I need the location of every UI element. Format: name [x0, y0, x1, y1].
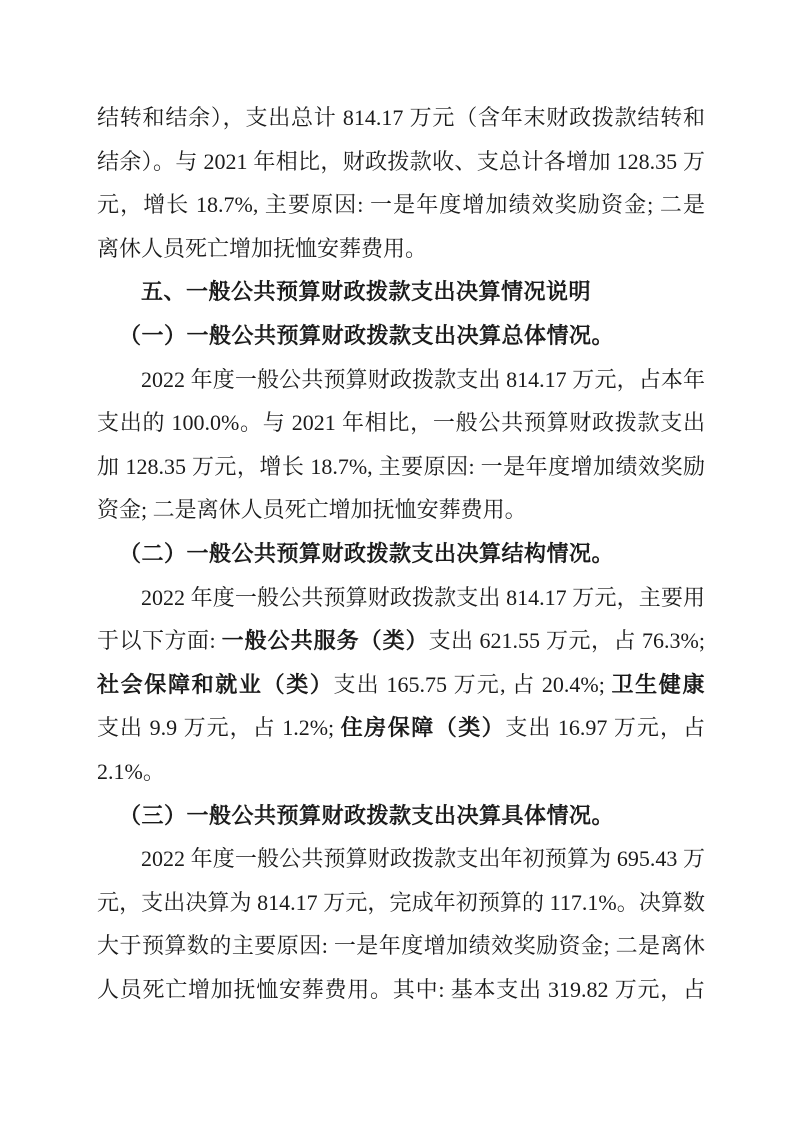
body-line: 社会保障和就业（类）支出 165.75 万元, 占 20.4%; 卫生健康（类）	[97, 663, 705, 707]
body-line: 大于预算数的主要原因: 一是年度增加绩效奖励资金; 二是离休	[97, 924, 705, 968]
bold-text-segment: （一）一般公共预算财政拨款支出决算总体情况。	[119, 323, 614, 348]
body-line: 元，支出决算为 814.17 万元，完成年初预算的 117.1%。决算数	[97, 881, 705, 925]
document-page: 结转和结余），支出总计 814.17 万元（含年末财政拨款结转和结余）。与 20…	[0, 0, 793, 1122]
bold-text-segment: 五、一般公共预算财政拨款支出决算情况说明	[141, 279, 591, 304]
body-line: 2022 年度一般公共预算财政拨款支出 814.17 万元，主要用	[97, 576, 705, 620]
text-segment: 支出 16.97 万元，占	[505, 715, 705, 740]
bold-text-segment: 一般公共服务（类）	[222, 628, 429, 653]
body-line: 结余）。与 2021 年相比，财政拨款收、支总计各增加 128.35 万	[97, 140, 705, 184]
subsection-heading-1: （一）一般公共预算财政拨款支出决算总体情况。	[97, 314, 705, 358]
bold-text-segment: （二）一般公共预算财政拨款支出决算结构情况。	[119, 541, 614, 566]
body-line: 2022 年度一般公共预算财政拨款支出年初预算为 695.43 万	[97, 837, 705, 881]
text-segment: 2.1%。	[97, 759, 165, 784]
text-segment: 支出的 100.0%。与 2021 年相比，一般公共预算财政拨款支出增	[97, 410, 705, 445]
text-segment: 加 128.35 万元，增长 18.7%, 主要原因: 一是年度增加绩效奖励	[97, 454, 705, 479]
subsection-heading-2: （二）一般公共预算财政拨款支出决算结构情况。	[97, 532, 705, 576]
bold-text-segment: （三）一般公共预算财政拨款支出决算具体情况。	[119, 803, 614, 828]
text-segment: 人员死亡增加抚恤安葬费用。其中: 基本支出 319.82 万元，占	[97, 977, 705, 1002]
text-segment: 2022 年度一般公共预算财政拨款支出 814.17 万元，主要用	[141, 585, 705, 610]
subsection-heading-3: （三）一般公共预算财政拨款支出决算具体情况。	[97, 794, 705, 838]
body-line: 2.1%。	[97, 750, 705, 794]
body-line: 支出的 100.0%。与 2021 年相比，一般公共预算财政拨款支出增	[97, 401, 705, 445]
body-line: 资金; 二是离休人员死亡增加抚恤安葬费用。	[97, 488, 705, 532]
text-segment: 支出 9.9 万元，占 1.2%;	[97, 715, 341, 740]
text-segment: 结余）。与 2021 年相比，财政拨款收、支总计各增加 128.35 万	[97, 149, 705, 174]
text-segment: 2022 年度一般公共预算财政拨款支出 814.17 万元，占本年	[141, 367, 705, 392]
body-line: 加 128.35 万元，增长 18.7%, 主要原因: 一是年度增加绩效奖励	[97, 445, 705, 489]
body-line: 支出 9.9 万元，占 1.2%; 住房保障（类）支出 16.97 万元，占	[97, 706, 705, 750]
body-line: 离休人员死亡增加抚恤安葬费用。	[97, 227, 705, 271]
text-segment: 2022 年度一般公共预算财政拨款支出年初预算为 695.43 万	[141, 846, 705, 871]
bold-text-segment: 住房保障（类）	[341, 715, 506, 740]
text-segment: 资金; 二是离休人员死亡增加抚恤安葬费用。	[97, 497, 527, 522]
body-line: 元，增长 18.7%, 主要原因: 一是年度增加绩效奖励资金; 二是	[97, 183, 705, 227]
body-line: 2022 年度一般公共预算财政拨款支出 814.17 万元，占本年	[97, 358, 705, 402]
body-line: 结转和结余），支出总计 814.17 万元（含年末财政拨款结转和	[97, 96, 705, 140]
text-segment: 支出 621.55 万元，占 76.3%;	[429, 628, 705, 653]
text-segment: 结转和结余），支出总计 814.17 万元（含年末财政拨款结转和	[97, 105, 705, 130]
section-heading-5: 五、一般公共预算财政拨款支出决算情况说明	[97, 270, 705, 314]
text-segment: 支出 165.75 万元, 占 20.4%;	[334, 672, 612, 697]
text-segment: 离休人员死亡增加抚恤安葬费用。	[97, 236, 427, 261]
text-segment: 元，支出决算为 814.17 万元，完成年初预算的 117.1%。决算数	[97, 890, 705, 915]
text-block: 结转和结余），支出总计 814.17 万元（含年末财政拨款结转和结余）。与 20…	[97, 96, 705, 1011]
text-segment: 元，增长 18.7%, 主要原因: 一是年度增加绩效奖励资金; 二是	[97, 192, 705, 217]
body-line: 于以下方面: 一般公共服务（类）支出 621.55 万元，占 76.3%;	[97, 619, 705, 663]
text-segment: 大于预算数的主要原因: 一是年度增加绩效奖励资金; 二是离休	[97, 933, 705, 958]
text-segment: 于以下方面:	[97, 628, 222, 653]
bold-text-segment: 社会保障和就业（类）	[97, 672, 334, 697]
body-line: 人员死亡增加抚恤安葬费用。其中: 基本支出 319.82 万元，占	[97, 968, 705, 1012]
